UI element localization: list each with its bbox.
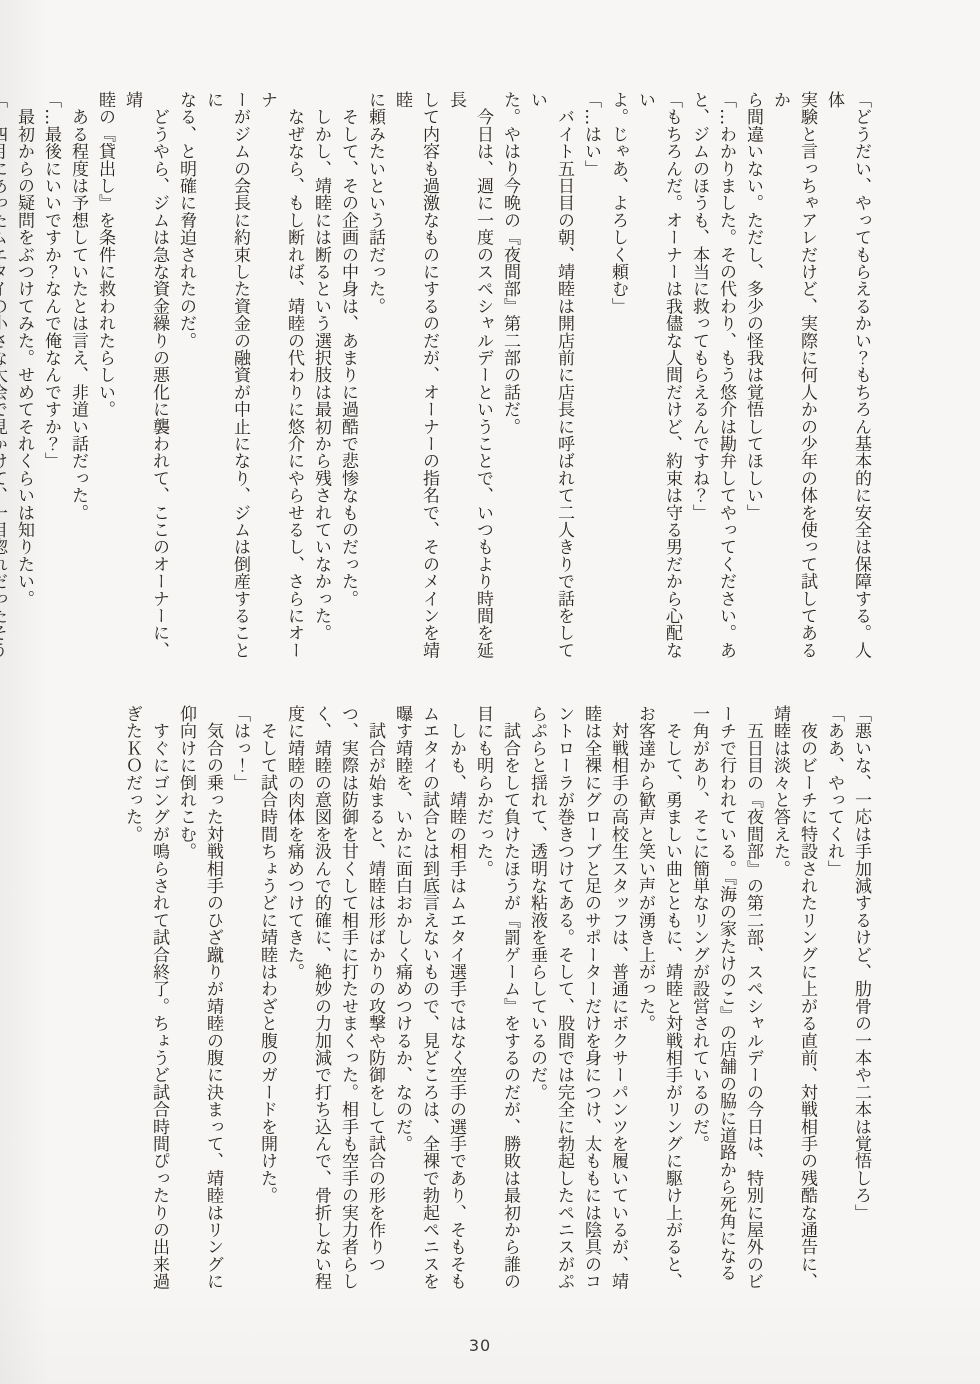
- text-line: 「ああ、やってくれ」: [820, 705, 847, 1299]
- text-line: ある程度は予想していたとは言え、非道い話だった。: [64, 91, 91, 675]
- text-line: 気合の乗った対戦相手のひざ蹴りが靖睦の腹に決まって、靖睦はリングに: [199, 705, 226, 1299]
- text-line: く、靖睦の意図を汲んで的確に、絶妙の力加減で打ち込んで、骨折しない程: [307, 705, 334, 1299]
- text-line: しかし、靖睦には断るという選択肢は最初から残されていなかった。: [307, 91, 334, 675]
- text-line: 「…四月にあったムエタイの小さな大会で見かけて、一目惚れだったそうだ: [0, 91, 10, 675]
- text-line: 一角があり、そこに簡単なリングが設営されているのだ。: [685, 705, 712, 1299]
- text-line: なる、と明確に脅迫されたのだ。: [172, 91, 199, 675]
- text-line: 「もちろんだ。オーナーは我儘な人間だけど、約束は守る男だから心配ない: [631, 91, 685, 675]
- text-line: と、ジムのほうも、本当に救ってもらえるんですね？」: [685, 91, 712, 675]
- scanned-novel-page: 「どうだい、やってもらえるかい？もちろん基本的に安全は保障する。人体実験と言っち…: [0, 0, 980, 1384]
- text-line: そして試合時間ちょうどに靖睦はわざと腹のガードを開けた。: [253, 705, 280, 1299]
- text-line: ーチで行われている。『海の家たけのこ』の店舗の脇に道路から死角になる: [712, 705, 739, 1299]
- text-line: 五日目の『夜間部』の第二部、スペシャルデーの今日は、特別に屋外のビ: [739, 705, 766, 1299]
- text-line: すぐにゴングが鳴らされて試合終了。ちょうど試合時間ぴったりの出来過: [145, 705, 172, 1299]
- text-line: 試合が始まると、靖睦は形ばかりの攻撃や防御をして試合の形を作りつ: [361, 705, 388, 1299]
- text-line: そして、勇ましい曲とともに、靖睦と対戦相手がリングに駆け上がると、: [658, 705, 685, 1299]
- text-line: 睦は全裸にグローブと足のサポーターだけを身につけ、太ももには陰具のコ: [577, 705, 604, 1299]
- vertical-text-block-top: 「どうだい、やってもらえるかい？もちろん基本的に安全は保障する。人体実験と言っち…: [0, 91, 874, 675]
- text-line: バイト五日目の朝、靖睦は開店前に店長に呼ばれて二人きりで話をしてい: [523, 91, 577, 675]
- text-line: お客達から歓声と笑い声が湧き上がった。: [631, 705, 658, 1299]
- text-line: 仰向けに倒れこむ。: [172, 705, 199, 1299]
- text-line: 睦の『貸出し』を条件に救われたらしい。: [91, 91, 118, 675]
- text-line: 靖睦は淡々と答えた。: [766, 705, 793, 1299]
- text-line: 「…最後にいいですか？なんで俺なんですか？」: [37, 91, 64, 675]
- page-number: 30: [450, 1336, 510, 1355]
- text-line: 「…わかりました。その代わり、もう悠介は勘弁してやってください。あ: [712, 91, 739, 675]
- text-line: なぜなら、もし断れば、靖睦の代わりに悠介にやらせるし、さらにオーナ: [253, 91, 307, 675]
- text-line: 「…はい」: [577, 91, 604, 675]
- text-line: よ。じゃあ、よろしく頼む」: [604, 91, 631, 675]
- text-line: そして、その企画の中身は、あまりに過酷で悲惨なものだった。: [334, 91, 361, 675]
- text-line: ントローラが巻きつけてある。そして、股間では完全に勃起したペニスがぷ: [550, 705, 577, 1299]
- text-line: しかも、靖睦の相手はムエタイ選手ではなく空手の選手であり、そもそも: [442, 705, 469, 1299]
- text-line: 「どうだい、やってもらえるかい？もちろん基本的に安全は保障する。人体: [820, 91, 874, 675]
- text-line: 夜のビーチに特設されたリングに上がる直前、対戦相手の残酷な通告に、: [793, 705, 820, 1299]
- text-line: どうやら、ジムは急な資金繰りの悪化に襲われて、ここのオーナーに、靖: [118, 91, 172, 675]
- text-line: 最初からの疑問をぶつけてみた。せめてそれくらいは知りたい。: [10, 91, 37, 675]
- vertical-text-block-bottom: 「悪いな、一応は手加減するけど、肋骨の一本や二本は覚悟しろ」「ああ、やってくれ」…: [118, 705, 874, 1299]
- text-line: た。やはり今晩の『夜間部』第二部の話だ。: [496, 91, 523, 675]
- text-line: 曝す靖睦を、いかに面白おかしく痛めつけるか、なのだ。: [388, 705, 415, 1299]
- text-line: ーがジムの会長に約束した資金の融資が中止になり、ジムは倒産することに: [199, 91, 253, 675]
- text-line: 「はっ！」: [226, 705, 253, 1299]
- text-line: ムエタイの試合とは到底言えないもので、見どころは、全裸で勃起ペニスを: [415, 705, 442, 1299]
- text-line: ら間違いない。ただし、多少の怪我は覚悟してほしい」: [739, 91, 766, 675]
- text-line: 実験と言っちゃアレだけど、実際に何人かの少年の体を使って試してあるか: [766, 91, 820, 675]
- text-line: 今日は、週に一度のスペシャルデーということで、いつもより時間を延長: [442, 91, 496, 675]
- text-line: に頼みたいという話だった。: [361, 91, 388, 675]
- text-line: ぎたＫＯだった。: [118, 705, 145, 1299]
- text-line: つ、実際は防御を甘くして相手に打たせまくった。相手も空手の実力者らし: [334, 705, 361, 1299]
- text-line: 目にも明らかだった。: [469, 705, 496, 1299]
- text-line: 度に靖睦の肉体を痛めつけてきた。: [280, 705, 307, 1299]
- text-line: 試合をして負けたほうが『罰ゲーム』をするのだが、勝敗は最初から誰の: [496, 705, 523, 1299]
- text-line: して内容も過激なものにするのだが、オーナーの指名で、そのメインを靖睦: [388, 91, 442, 675]
- text-line: 「悪いな、一応は手加減するけど、肋骨の一本や二本は覚悟しろ」: [847, 705, 874, 1299]
- text-line: 対戦相手の高校生スタッフは、普通にボクサーパンツを履いているが、靖: [604, 705, 631, 1299]
- text-line: らぷらと揺れて、透明な粘液を垂らしているのだ。: [523, 705, 550, 1299]
